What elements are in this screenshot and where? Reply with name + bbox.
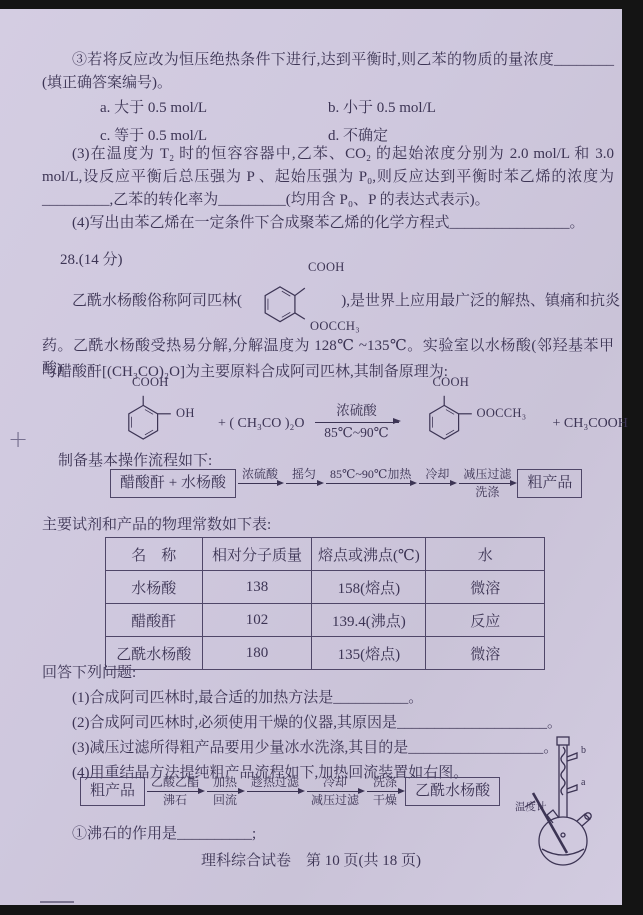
q27-part3-paragraph: (3)在温度为 T₂ 时的恒容容器中,乙苯、CO₂ 的起始浓度分别为 2.0 m… xyxy=(42,143,614,212)
sub-question-2: (2)合成阿司匹林时,必须使用干燥的仪器,其原因是_______________… xyxy=(72,712,614,735)
flow2-start-box: 粗产品 xyxy=(80,777,145,806)
scanned-exam-page: { "page": { "footer": "理科综合试卷 第 10 页(共 1… xyxy=(0,0,643,915)
table-header-row: 名 称 相对分子质量 熔点或沸点(℃) 水 xyxy=(106,538,545,571)
col-header: 水 xyxy=(426,538,545,571)
flow-step: 浓硫酸 xyxy=(236,467,284,500)
port-label-a: a xyxy=(581,777,585,788)
arrow-shaft xyxy=(419,483,455,484)
page-footer: 理科综合试卷 第 10 页(共 18 页) xyxy=(0,849,622,870)
answer-intro: 回答下列问题: xyxy=(42,662,614,685)
paper-page: ③若将反应改为恒压绝热条件下进行,达到平衡时,则乙苯的物质的量浓度_______… xyxy=(0,9,622,905)
oocch3-label: OOCCH₃ xyxy=(477,406,527,421)
option-b: b. 小于 0.5 mol/L xyxy=(328,97,556,119)
flow-step: 减压过滤洗涤 xyxy=(457,467,517,500)
arrow-shaft xyxy=(247,791,303,792)
intro-suffix: ),是世界上应用最广泛的解热、镇痛和抗炎 xyxy=(341,289,620,310)
col-header: 熔点或沸点(℃) xyxy=(312,538,426,571)
cooh-label: COOH xyxy=(132,375,169,390)
flowchart-preparation: 醋酸酐 + 水杨酸 浓硫酸 摇匀 85℃~90℃加热 冷却 减压过滤洗涤 粗产品 xyxy=(110,467,582,500)
arrow-shaft xyxy=(238,483,282,484)
flow-step: 趁热过滤 xyxy=(245,775,305,808)
arrow-shaft xyxy=(286,483,322,484)
benzene-ring-icon xyxy=(118,391,178,451)
acetic-anhydride-formula: + ( CH₃CO )₂O xyxy=(218,416,305,432)
corner-dash-mark xyxy=(40,901,74,903)
flow1-start-box: 醋酸酐 + 水杨酸 xyxy=(110,469,236,498)
table-intro: 主要试剂和产品的物理常数如下表: xyxy=(42,514,614,537)
oocch3-label: OOCCH₃ xyxy=(310,319,360,334)
intro-prefix: 乙酰水杨酸俗称阿司匹林( xyxy=(72,289,242,310)
flow-step: 冷却 xyxy=(417,467,457,500)
options-grid: a. 大于 0.5 mol/L b. 小于 0.5 mol/L c. 等于 0.… xyxy=(100,97,556,147)
flowchart-purification: 粗产品 乙酸乙酯沸石 加热回流 趁热过滤 冷却减压过滤 洗涤干燥 乙酰水杨酸 xyxy=(80,775,500,808)
arrow-shaft xyxy=(326,483,415,484)
benzene-ring-icon xyxy=(254,272,316,334)
reaction-arrow: 浓硫酸 85℃~90℃ xyxy=(315,403,399,442)
cooh-label: COOH xyxy=(433,375,470,390)
option-a: a. 大于 0.5 mol/L xyxy=(100,97,328,119)
table-row: 醋酸酐 102 139.4(沸点) 反应 xyxy=(106,604,545,637)
reagents-table: 名 称 相对分子质量 熔点或沸点(℃) 水 水杨酸 138 158(熔点) 微溶… xyxy=(105,537,545,670)
catalyst-label: 浓硫酸 xyxy=(336,403,377,420)
oh-label: OH xyxy=(176,406,195,421)
q28-intro-line: 乙酰水杨酸俗称阿司匹林( COOH OOCCH₃ ),是世界上应用最广泛的解热、… xyxy=(72,259,620,339)
benzene-structure-aspirin-product: COOH OOCCH₃ xyxy=(405,375,551,459)
flow2-end-box: 乙酰水杨酸 xyxy=(405,777,500,806)
q27-part4-paragraph: (4)写出由苯乙烯在一定条件下合成聚苯乙烯的化学方程式_____________… xyxy=(42,212,614,235)
reaction-scheme: COOH OH + ( CH₃CO )₂O 浓硫酸 85℃~90℃ COOH O… xyxy=(104,375,632,459)
benzene-structure-salicylic-acid: COOH OH xyxy=(104,375,216,459)
port-label-b: b xyxy=(581,745,586,756)
arrow-shaft xyxy=(367,791,403,792)
flow1-end-box: 粗产品 xyxy=(517,469,582,498)
flow-step: 摇匀 xyxy=(284,467,324,500)
flow-step: 冷却减压过滤 xyxy=(305,775,365,808)
benzene-ring-icon xyxy=(419,391,479,451)
flow-step: 乙酸乙酯沸石 xyxy=(145,775,205,808)
col-header: 相对分子质量 xyxy=(202,538,312,571)
acetic-acid-formula: + CH₃COOH xyxy=(553,416,628,432)
col-header: 名 称 xyxy=(106,538,203,571)
benzene-structure-aspirin: COOH OOCCH₃ xyxy=(242,259,341,339)
registration-cross-mark: + xyxy=(8,425,28,453)
table-row: 水杨酸 138 158(熔点) 微溶 xyxy=(106,571,545,604)
arrow-shaft xyxy=(147,791,203,792)
condition-label: 85℃~90℃ xyxy=(324,425,389,442)
thermometer-label: 温度计 xyxy=(515,799,547,814)
arrow-shaft xyxy=(315,422,399,423)
flow-step: 85℃~90℃加热 xyxy=(324,467,417,500)
q27-part3-choice-prompt: ③若将反应改为恒压绝热条件下进行,达到平衡时,则乙苯的物质的量浓度_______… xyxy=(42,49,614,95)
arrow-shaft xyxy=(307,791,363,792)
arrow-shaft xyxy=(459,483,515,484)
cooh-label: COOH xyxy=(308,260,345,275)
arrow-shaft xyxy=(207,791,243,792)
flow-step: 加热回流 xyxy=(205,775,245,808)
flow-step: 洗涤干燥 xyxy=(365,775,405,808)
sub-question-1: (1)合成阿司匹林时,最合适的加热方法是__________。 xyxy=(72,687,614,710)
